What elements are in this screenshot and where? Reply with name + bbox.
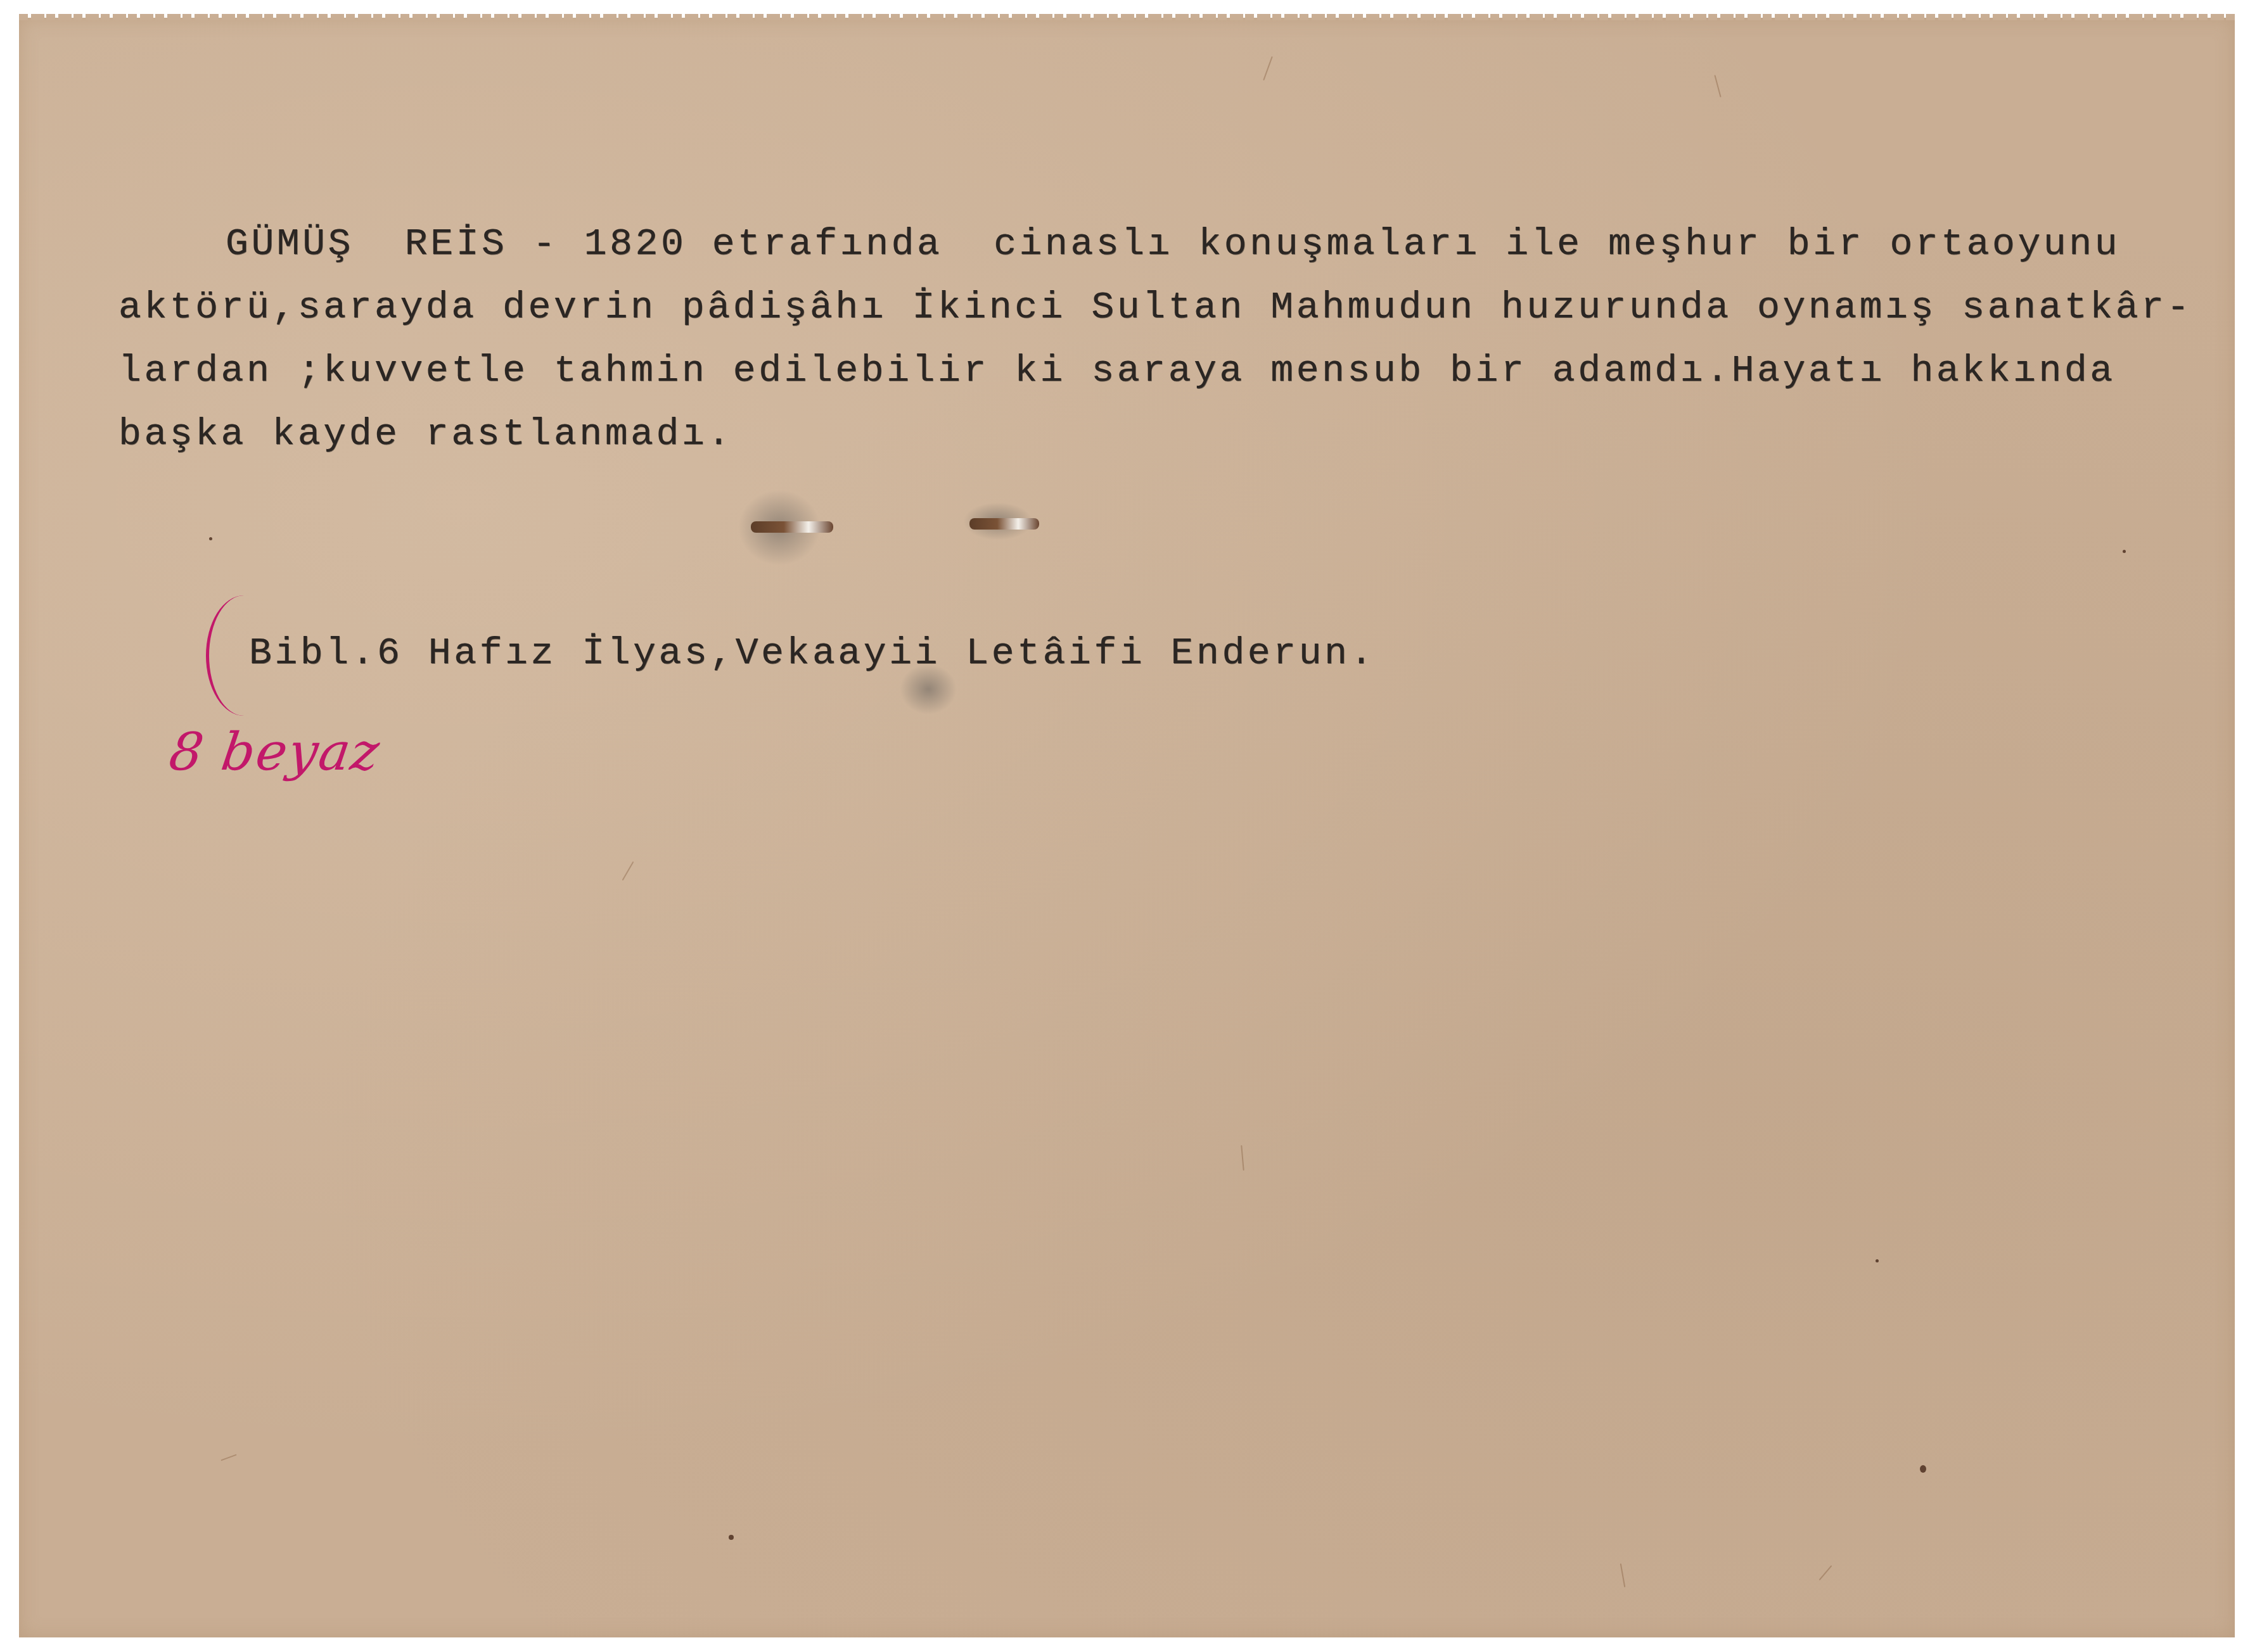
paper-fiber	[1714, 75, 1721, 97]
staple-hole-right	[969, 518, 1039, 530]
entry-line-1: GÜMÜŞ REİS - 1820 etrafında cinaslı konu…	[226, 226, 2120, 264]
paper-fiber	[1241, 1145, 1244, 1171]
paper-fiber	[622, 861, 634, 880]
paper-speck	[209, 537, 212, 540]
handwritten-note: 8 beyaz	[165, 722, 384, 782]
staple-hole-left	[751, 521, 833, 533]
entry-line-4: başka kayde rastlanmadı.	[118, 416, 733, 454]
paper-speck	[1920, 1465, 1926, 1473]
paper-speck	[2123, 550, 2126, 553]
paper-speck	[1876, 1259, 1879, 1262]
torn-top-edge	[19, 14, 2235, 20]
paper-fiber	[1263, 56, 1273, 80]
paper-speck	[729, 1535, 734, 1540]
paper-fiber	[1620, 1563, 1626, 1587]
paper-fiber	[221, 1454, 236, 1461]
paper-fiber	[1819, 1565, 1832, 1580]
bibliography-line: Bibl.6 Hafız İlyas,Vekaayii Letâifi Ende…	[249, 635, 1376, 673]
entry-line-3: lardan ;kuvvetle tahmin edilebilir ki sa…	[118, 352, 2116, 390]
entry-line-2: aktörü,sarayda devrin pâdişâhı İkinci Su…	[118, 289, 2192, 327]
